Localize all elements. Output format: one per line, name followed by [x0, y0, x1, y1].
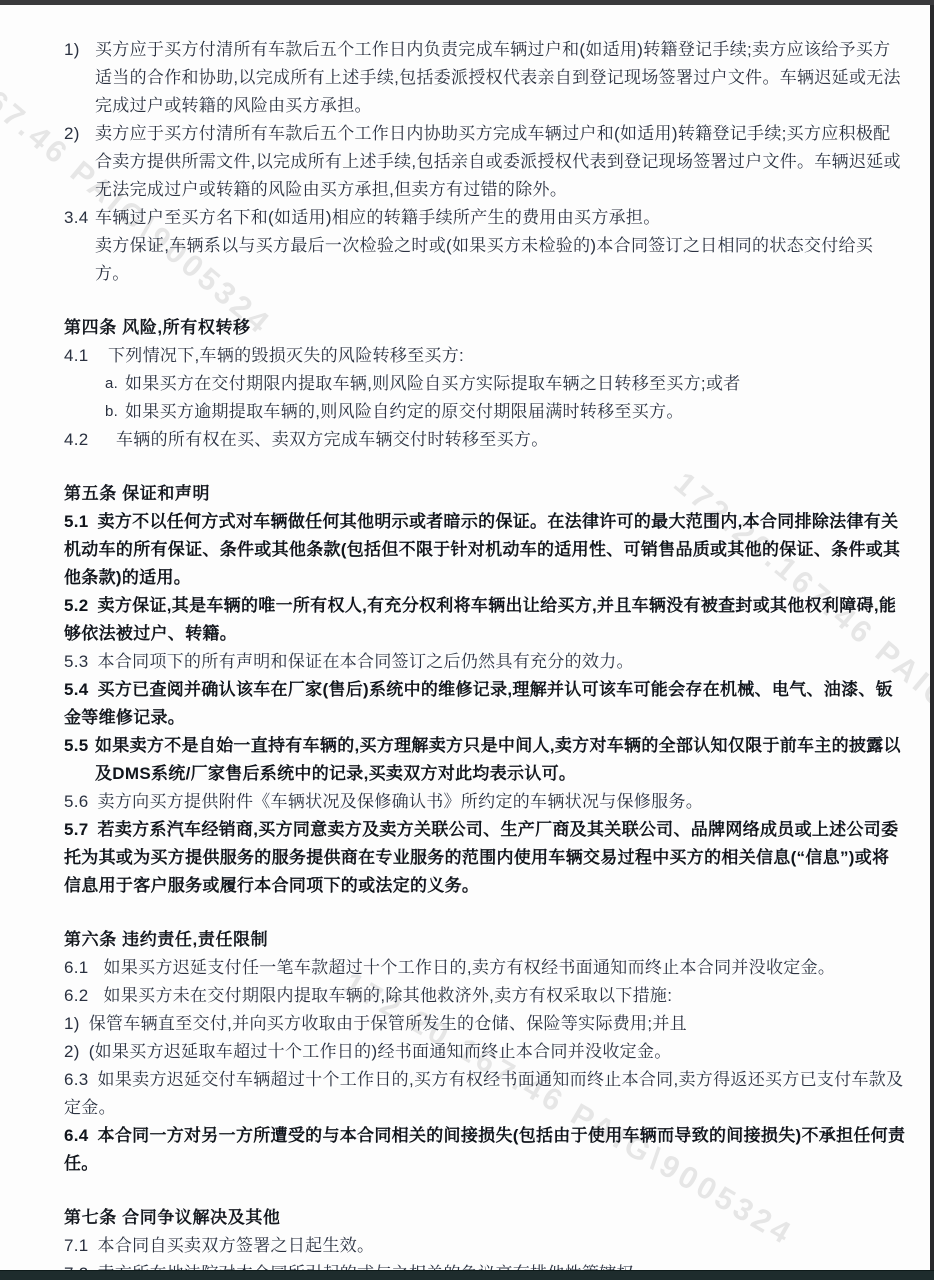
clause: 1)保管车辆直至交付,并向买方收取由于保管所发生的仓储、保险等实际费用;并且: [64, 1010, 906, 1038]
clause-text: 卖方应于买方付清所有车款后五个工作日内协助买方完成车辆过户和(如适用)转籍登记手…: [95, 124, 901, 199]
clause: 6.4本合同一方对另一方所遭受的与本合同相关的间接损失(包括由于使用车辆而导致的…: [64, 1122, 906, 1178]
section-heading: 第五条 保证和声明: [64, 480, 906, 508]
clause-number: 2): [64, 1042, 80, 1061]
clause-number: 1): [64, 36, 80, 64]
clause: 5.7若卖方系汽车经销商,买方同意卖方及卖方关联公司、生产厂商及其关联公司、品牌…: [64, 816, 906, 900]
contract-body: 1)买方应于买方付清所有车款后五个工作日内负责完成车辆过户和(如适用)转籍登记手…: [64, 36, 906, 1280]
clause: 1)买方应于买方付清所有车款后五个工作日内负责完成车辆过户和(如适用)转籍登记手…: [64, 36, 906, 120]
clause: a.如果买方在交付期限内提取车辆,则风险自买方实际提取车辆之日转移至买方;或者: [64, 370, 906, 398]
clause-text: 买方已查阅并确认该车在厂家(售后)系统中的维修记录,理解并认可该车可能会存在机械…: [64, 680, 893, 727]
clause-number: 5.2: [64, 596, 89, 615]
clause-number: 4.2: [64, 426, 89, 454]
clause: 5.3本合同项下的所有声明和保证在本合同签订之后仍然具有充分的效力。: [64, 648, 906, 676]
clause-number: b.: [105, 398, 118, 426]
clause-text: 如果买方在交付期限内提取车辆,则风险自买方实际提取车辆之日转移至买方;或者: [125, 374, 741, 393]
clause-number: 5.3: [64, 652, 89, 671]
clause-text: 车辆过户至买方名下和(如适用)相应的转籍手续所产生的费用由买方承担。: [95, 208, 661, 227]
page-top-edge: [0, 0, 934, 5]
clause-number: 5.1: [64, 512, 89, 531]
clause-number: 7.1: [64, 1236, 89, 1255]
clause: 3.4车辆过户至买方名下和(如适用)相应的转籍手续所产生的费用由买方承担。: [64, 204, 906, 232]
clause-text: 下列情况下,车辆的毁损灭失的风险转移至买方:: [108, 346, 464, 365]
clause: 4.2车辆的所有权在买、卖双方完成车辆交付时转移至买方。: [64, 426, 906, 454]
clause-text: 本合同项下的所有声明和保证在本合同签订之后仍然具有充分的效力。: [98, 652, 634, 671]
section-heading: 第四条 风险,所有权转移: [64, 314, 906, 342]
clause-number: 1): [64, 1014, 80, 1033]
clause-text: 保管车辆直至交付,并向买方收取由于保管所发生的仓储、保险等实际费用;并且: [89, 1014, 687, 1033]
section-heading: 第七条 合同争议解决及其他: [64, 1204, 906, 1232]
clause: 卖方保证,车辆系以与买方最后一次检验之时或(如果买方未检验的)本合同签订之日相同…: [64, 232, 906, 288]
clause: 6.3如果卖方迟延交付车辆超过十个工作日的,买方有权经书面通知而终止本合同,卖方…: [64, 1066, 906, 1122]
clause-text: 若卖方系汽车经销商,买方同意卖方及卖方关联公司、生产厂商及其关联公司、品牌网络成…: [64, 820, 898, 895]
clause: 6.2如果买方未在交付期限内提取车辆的,除其他救济外,卖方有权采取以下措施:: [64, 982, 906, 1010]
clause-number: 5.7: [64, 820, 89, 839]
clause-text: 卖方保证,车辆系以与买方最后一次检验之时或(如果买方未检验的)本合同签订之日相同…: [95, 236, 873, 283]
clause-text: 买方应于买方付清所有车款后五个工作日内负责完成车辆过户和(如适用)转籍登记手续;…: [95, 40, 901, 115]
clause-text: 车辆的所有权在买、卖双方完成车辆交付时转移至买方。: [116, 430, 549, 449]
clause-number: 6.2: [64, 986, 89, 1005]
page-right-edge: [930, 0, 934, 1280]
clause-text: 如果卖方不是自始一直持有车辆的,买方理解卖方只是中间人,卖方对车辆的全部认知仅限…: [95, 736, 901, 783]
clause-number: 6.1: [64, 958, 89, 977]
clause-text: 卖方向买方提供附件《车辆状况及保修确认书》所约定的车辆状况与保修服务。: [98, 792, 704, 811]
clause-number: 6.3: [64, 1070, 89, 1089]
page-bottom-bar: [0, 1270, 934, 1280]
clause: 5.2卖方保证,其是车辆的唯一所有权人,有充分权利将车辆出让给买方,并且车辆没有…: [64, 592, 906, 648]
clause: 2)(如果买方迟延取车超过十个工作日的)经书面通知而终止本合同并没收定金。: [64, 1038, 906, 1066]
clause-text: 如果卖方迟延交付车辆超过十个工作日的,买方有权经书面通知而终止本合同,卖方得返还…: [64, 1070, 903, 1117]
clause: 2)卖方应于买方付清所有车款后五个工作日内协助买方完成车辆过户和(如适用)转籍登…: [64, 120, 906, 204]
clause-number: 5.5: [64, 732, 89, 760]
clause-number: a.: [105, 370, 118, 398]
clause-text: (如果买方迟延取车超过十个工作日的)经书面通知而终止本合同并没收定金。: [89, 1042, 672, 1061]
clause: 4.1下列情况下,车辆的毁损灭失的风险转移至买方:: [64, 342, 906, 370]
clause-number: 4.1: [64, 342, 89, 370]
clause: 5.6卖方向买方提供附件《车辆状况及保修确认书》所约定的车辆状况与保修服务。: [64, 788, 906, 816]
clause-number: 5.4: [64, 680, 89, 699]
clause: 5.5如果卖方不是自始一直持有车辆的,买方理解卖方只是中间人,卖方对车辆的全部认…: [64, 732, 906, 788]
clause-number: 3.4: [64, 204, 89, 232]
clause-text: 卖方不以任何方式对车辆做任何其他明示或者暗示的保证。在法律许可的最大范围内,本合…: [64, 512, 900, 587]
section-heading: 第六条 违约责任,责任限制: [64, 926, 906, 954]
clause: 5.4买方已查阅并确认该车在厂家(售后)系统中的维修记录,理解并认可该车可能会存…: [64, 676, 906, 732]
clause-number: 2): [64, 120, 80, 148]
clause: 6.1如果买方迟延支付任一笔车款超过十个工作日的,卖方有权经书面通知而终止本合同…: [64, 954, 906, 982]
clause-number: 6.4: [64, 1126, 89, 1145]
clause-text: 如果买方未在交付期限内提取车辆的,除其他救济外,卖方有权采取以下措施:: [104, 986, 673, 1005]
clause: 5.1卖方不以任何方式对车辆做任何其他明示或者暗示的保证。在法律许可的最大范围内…: [64, 508, 906, 592]
clause-text: 本合同一方对另一方所遭受的与本合同相关的间接损失(包括由于使用车辆而导致的间接损…: [64, 1126, 905, 1173]
clause: 7.1本合同自买卖双方签署之日起生效。: [64, 1232, 906, 1260]
clause-text: 卖方保证,其是车辆的唯一所有权人,有充分权利将车辆出让给买方,并且车辆没有被查封…: [64, 596, 896, 643]
clause-text: 如果买方逾期提取车辆的,则风险自约定的原交付期限届满时转移至买方。: [125, 402, 684, 421]
clause-number: 5.6: [64, 792, 89, 811]
clause: b.如果买方逾期提取车辆的,则风险自约定的原交付期限届满时转移至买方。: [64, 398, 906, 426]
clause-text: 如果买方迟延支付任一笔车款超过十个工作日的,卖方有权经书面通知而终止本合同并没收…: [104, 958, 836, 977]
clause-text: 本合同自买卖双方签署之日起生效。: [98, 1236, 375, 1255]
